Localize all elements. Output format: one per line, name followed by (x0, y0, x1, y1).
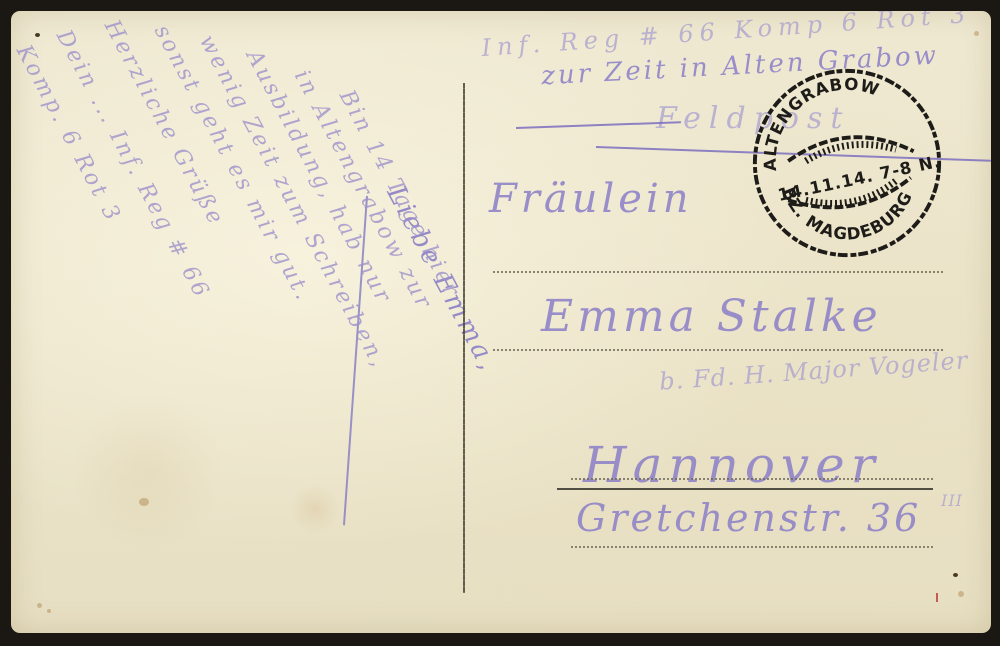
address-line-3 (571, 478, 933, 480)
postmark: ALTENGRABOW BZ. MAGDEBURG 14.11.14. 7-8 … (749, 65, 945, 261)
recipient-salutation: Fräulein (489, 176, 693, 222)
scan-background: Liebe Emma, Bin 14 Tage hier in Altengra… (0, 0, 1000, 646)
recipient-floor: III (941, 491, 963, 510)
address-line-4 (571, 546, 933, 548)
message-area: Liebe Emma, Bin 14 Tage hier in Altengra… (11, 11, 461, 633)
recipient-care-of: b. Fd. H. Major Vogeler (658, 346, 969, 396)
stain-spot (974, 31, 979, 36)
postmark-town: ALTENGRABOW (761, 75, 882, 172)
address-line-2 (493, 349, 943, 351)
pin-hole (953, 573, 958, 577)
address-line-1 (493, 271, 943, 273)
circular-postmark-icon: ALTENGRABOW BZ. MAGDEBURG 14.11.14. 7-8 … (749, 65, 945, 261)
postcard: Liebe Emma, Bin 14 Tage hier in Altengra… (11, 11, 991, 633)
recipient-city: Hannover (583, 436, 881, 494)
svg-text:ALTENGRABOW: ALTENGRABOW (761, 75, 882, 172)
recipient-name: Emma Stalke (541, 291, 882, 342)
center-divider-line (463, 83, 465, 593)
address-line-solid (557, 488, 933, 490)
stain-spot (958, 591, 964, 597)
red-ink-mark (936, 593, 938, 602)
recipient-street: Gretchenstr. 36 (576, 496, 921, 540)
